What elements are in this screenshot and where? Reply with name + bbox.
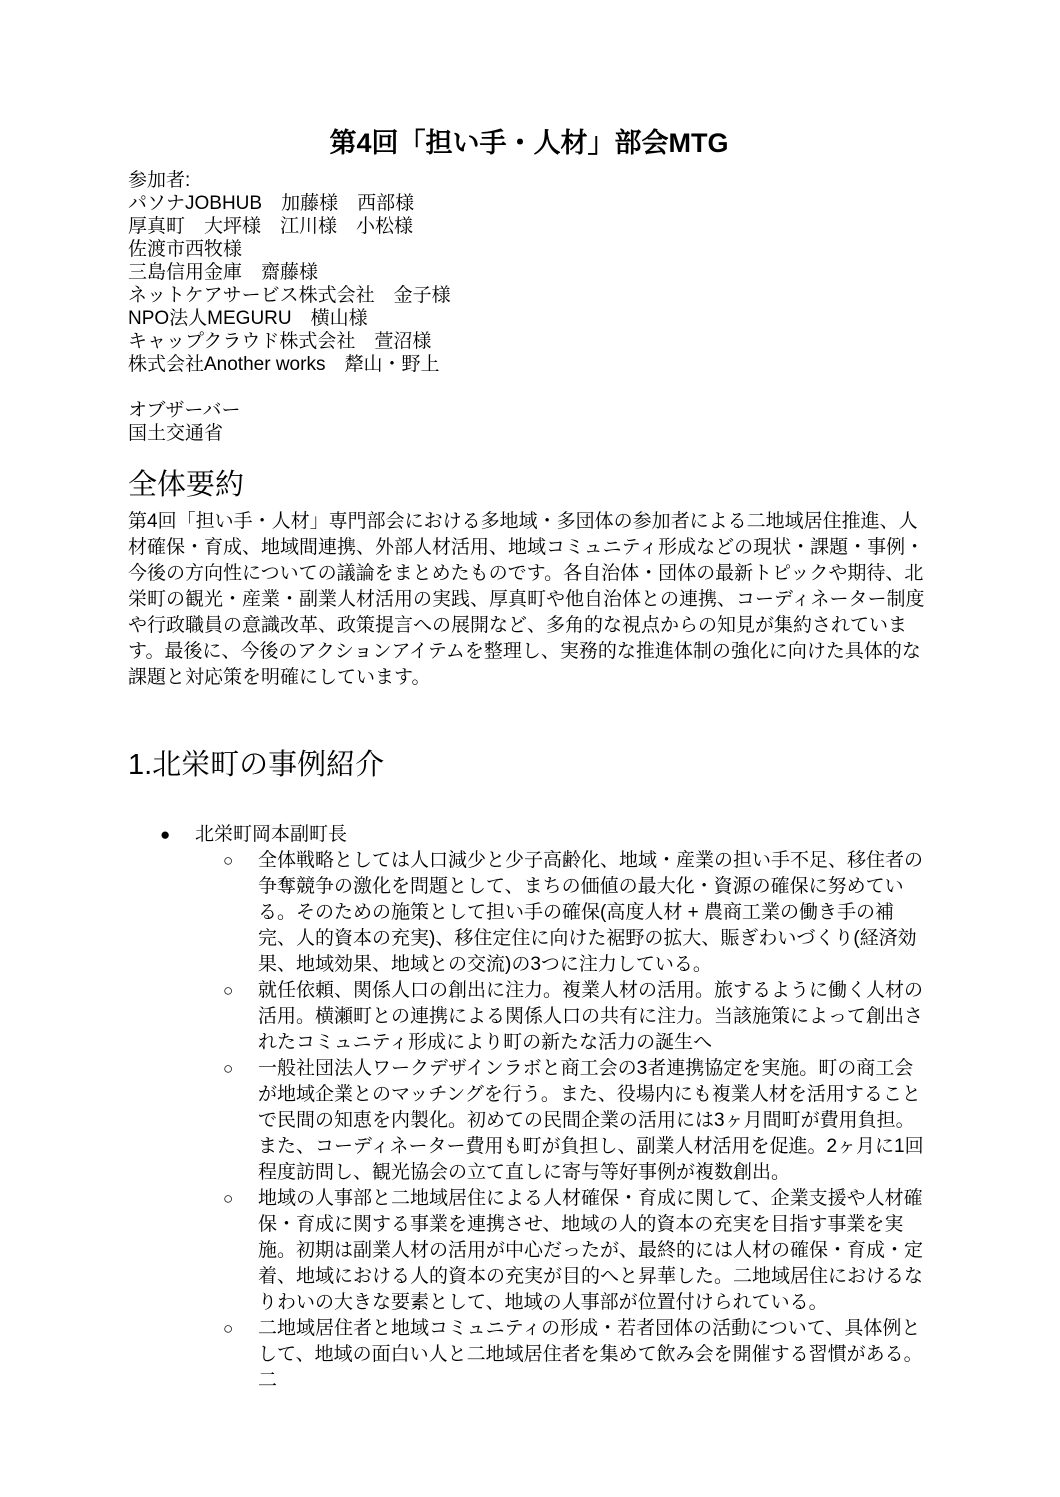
observers-label: オブザーバー bbox=[128, 399, 930, 422]
bullet-circle-icon: ○ bbox=[220, 1316, 258, 1394]
participant-line: 三島信用金庫 齋藤様 bbox=[128, 261, 930, 284]
participants-block: 参加者: パソナJOBHUB 加藤様 西部様 厚真町 大坪様 江川様 小松様 佐… bbox=[128, 169, 930, 376]
list-subitem: ○ 地域の人事部と二地域居住による人材確保・育成に関して、企業支援や人材確保・育… bbox=[220, 1186, 930, 1316]
participant-line: NPO法人MEGURU 横山様 bbox=[128, 307, 930, 330]
participant-line: 株式会社Another works 犛山・野上 bbox=[128, 353, 930, 376]
list-item-label: 北栄町岡本副町長 bbox=[195, 822, 930, 848]
observer-line: 国土交通省 bbox=[128, 422, 930, 445]
participant-line: パソナJOBHUB 加藤様 西部様 bbox=[128, 192, 930, 215]
bullet-list: ● 北栄町岡本副町長 ○ 全体戦略としては人口減少と少子高齢化、地域・産業の担い… bbox=[128, 822, 930, 1394]
participant-line: 佐渡市西牧様 bbox=[128, 238, 930, 261]
list-subitem: ○ 就任依頼、関係人口の創出に注力。複業人材の活用。旅するように働く人材の活用。… bbox=[220, 978, 930, 1056]
participant-line: キャップクラウド株式会社 萱沼様 bbox=[128, 330, 930, 353]
bullet-disc-icon: ● bbox=[128, 822, 195, 848]
list-subitem-text: 地域の人事部と二地域居住による人材確保・育成に関して、企業支援や人材確保・育成に… bbox=[258, 1186, 930, 1316]
list-subitem-text: 二地域居住者と地域コミュニティの形成・若者団体の活動について、具体例として、地域… bbox=[258, 1316, 930, 1394]
section1-heading: 1.北栄町の事例紹介 bbox=[128, 745, 930, 785]
list-subitem-text: 全体戦略としては人口減少と少子高齢化、地域・産業の担い手不足、移住者の争奪競争の… bbox=[258, 848, 930, 978]
list-item: ● 北栄町岡本副町長 bbox=[128, 822, 930, 848]
participant-line: 厚真町 大坪様 江川様 小松様 bbox=[128, 215, 930, 238]
participants-label: 参加者: bbox=[128, 169, 930, 192]
summary-paragraph: 第4回「担い手・人材」専門部会における多地域・多団体の参加者による二地域居住推進… bbox=[128, 509, 930, 691]
list-subitem: ○ 二地域居住者と地域コミュニティの形成・若者団体の活動について、具体例として、… bbox=[220, 1316, 930, 1394]
list-subitem: ○ 全体戦略としては人口減少と少子高齢化、地域・産業の担い手不足、移住者の争奪競… bbox=[220, 848, 930, 978]
list-subitem-text: 一般社団法人ワークデザインラボと商工会の3者連携協定を実施。町の商工会が地域企業… bbox=[258, 1056, 930, 1186]
bullet-circle-icon: ○ bbox=[220, 1186, 258, 1316]
bullet-circle-icon: ○ bbox=[220, 848, 258, 978]
bullet-circle-icon: ○ bbox=[220, 1056, 258, 1186]
doc-title: 第4回「担い手・人材」部会MTG bbox=[128, 125, 930, 161]
list-subitem-text: 就任依頼、関係人口の創出に注力。複業人材の活用。旅するように働く人材の活用。横瀬… bbox=[258, 978, 930, 1056]
summary-heading: 全体要約 bbox=[128, 465, 930, 505]
observers-block: オブザーバー 国土交通省 bbox=[128, 399, 930, 445]
participant-line: ネットケアサービス株式会社 金子様 bbox=[128, 284, 930, 307]
list-subitem: ○ 一般社団法人ワークデザインラボと商工会の3者連携協定を実施。町の商工会が地域… bbox=[220, 1056, 930, 1186]
document-page: 第4回「担い手・人材」部会MTG 参加者: パソナJOBHUB 加藤様 西部様 … bbox=[0, 0, 1060, 1497]
bullet-circle-icon: ○ bbox=[220, 978, 258, 1056]
